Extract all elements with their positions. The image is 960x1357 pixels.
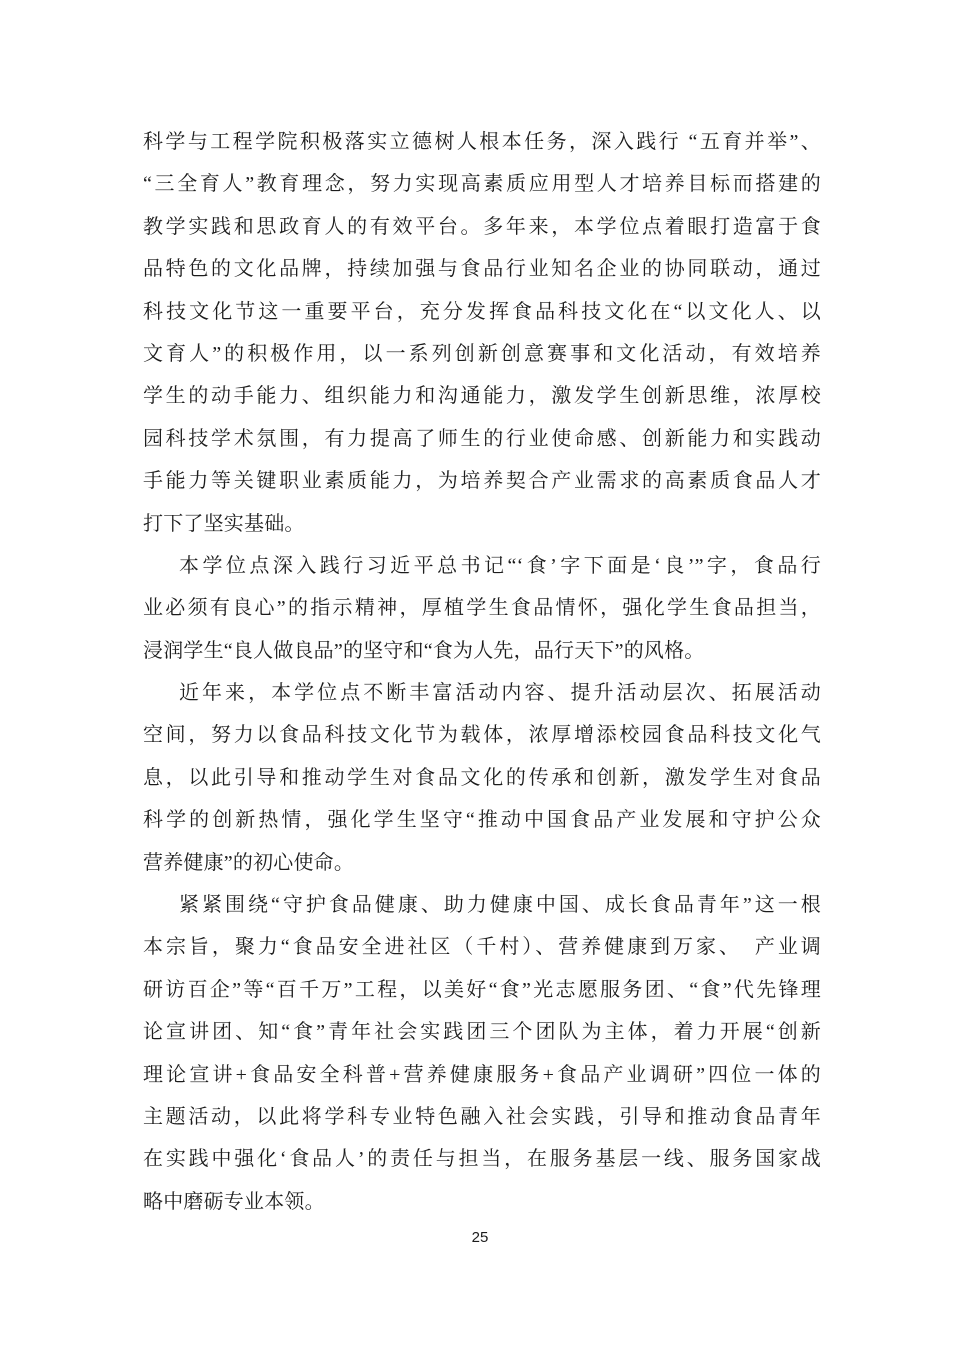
text-line: 理论宣讲+食品安全科普+营养健康服务+食品产业调研”四位一体的: [143, 1054, 821, 1096]
text-line: 息，以此引导和推动学生对食品文化的传承和创新，激发学生对食品: [143, 757, 821, 799]
text-line: 论宣讲团、知“食”青年社会实践团三个团队为主体，着力开展“创新: [143, 1011, 821, 1053]
text-line: 空间，努力以食品科技文化节为载体，浓厚增添校园食品科技文化气: [143, 714, 821, 756]
text-line: “三全育人”教育理念，努力实现高素质应用型人才培养目标而搭建的: [143, 163, 821, 205]
text-line: 本宗旨，聚力“食品安全进社区（千村）、营养健康到万家、 产业调: [143, 926, 821, 968]
text-line: 略中磨砺专业本领。: [143, 1181, 821, 1223]
text-line: 浸润学生“良人做良品”的坚守和“食为人先，品行天下”的风格。: [143, 630, 821, 672]
text-line: 科学与工程学院积极落实立德树人根本任务，深入践行 “五育并举”、: [143, 121, 821, 163]
document-page: 科学与工程学院积极落实立德树人根本任务，深入践行 “五育并举”、“三全育人”教育…: [0, 0, 960, 1357]
text-line: 手能力等关键职业素质能力，为培养契合产业需求的高素质食品人才: [143, 460, 821, 502]
text-line: 科技文化节这一重要平台，充分发挥食品科技文化在“以文化人、以: [143, 291, 821, 333]
text-line: 近年来，本学位点不断丰富活动内容、提升活动层次、拓展活动: [143, 672, 821, 714]
text-line: 文育人”的积极作用，以一系列创新创意赛事和文化活动，有效培养: [143, 333, 821, 375]
text-line: 主题活动，以此将学科专业特色融入社会实践，引导和推动食品青年: [143, 1096, 821, 1138]
text-line: 科学的创新热情，强化学生坚守“推动中国食品产业发展和守护公众: [143, 799, 821, 841]
text-line: 本学位点深入践行习近平总书记“‘食’字下面是‘良’”字，食品行: [143, 545, 821, 587]
text-line: 紧紧围绕“守护食品健康、助力健康中国、成长食品青年”这一根: [143, 884, 821, 926]
text-line: 教学实践和思政育人的有效平台。多年来，本学位点着眼打造富于食: [143, 206, 821, 248]
text-line: 在实践中强化‘食品人’的责任与担当，在服务基层一线、服务国家战: [143, 1138, 821, 1180]
text-line: 业必须有良心”的指示精神，厚植学生食品情怀，强化学生食品担当，: [143, 587, 821, 629]
text-line: 学生的动手能力、组织能力和沟通能力，激发学生创新思维，浓厚校: [143, 375, 821, 417]
document-body: 科学与工程学院积极落实立德树人根本任务，深入践行 “五育并举”、“三全育人”教育…: [143, 121, 821, 1223]
page-number: 25: [0, 1227, 960, 1249]
text-line: 研访百企”等“百千万”工程，以美好“食”光志愿服务团、“食”代先锋理: [143, 969, 821, 1011]
text-line: 营养健康”的初心使命。: [143, 842, 821, 884]
text-line: 品特色的文化品牌，持续加强与食品行业知名企业的协同联动，通过: [143, 248, 821, 290]
text-line: 园科技学术氛围，有力提高了师生的行业使命感、创新能力和实践动: [143, 418, 821, 460]
text-line: 打下了坚实基础。: [143, 503, 821, 545]
